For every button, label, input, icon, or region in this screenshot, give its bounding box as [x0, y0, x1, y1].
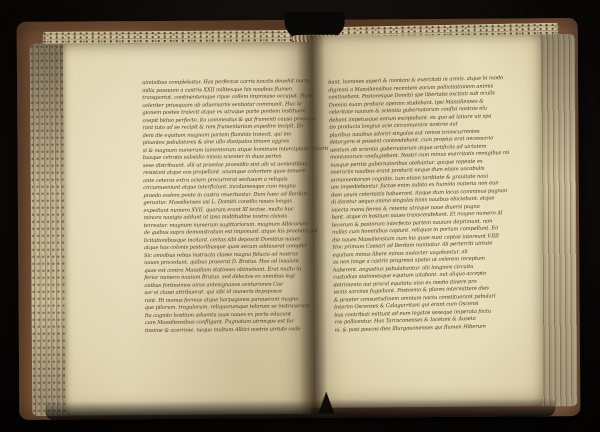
right-page-text: bant. homines asperi & montani & exercit…	[328, 76, 487, 335]
photo-background: uiminibus complebatur. Has perfectas car…	[0, 0, 600, 432]
manuscript-book: uiminibus complebatur. Has perfectas car…	[17, 18, 581, 420]
fore-edge-left	[30, 44, 68, 416]
book-bottom-shadow	[45, 398, 555, 420]
fore-edge-right	[539, 34, 578, 406]
left-page-text: uiminibus complebatur. Has perfectas car…	[142, 78, 297, 335]
